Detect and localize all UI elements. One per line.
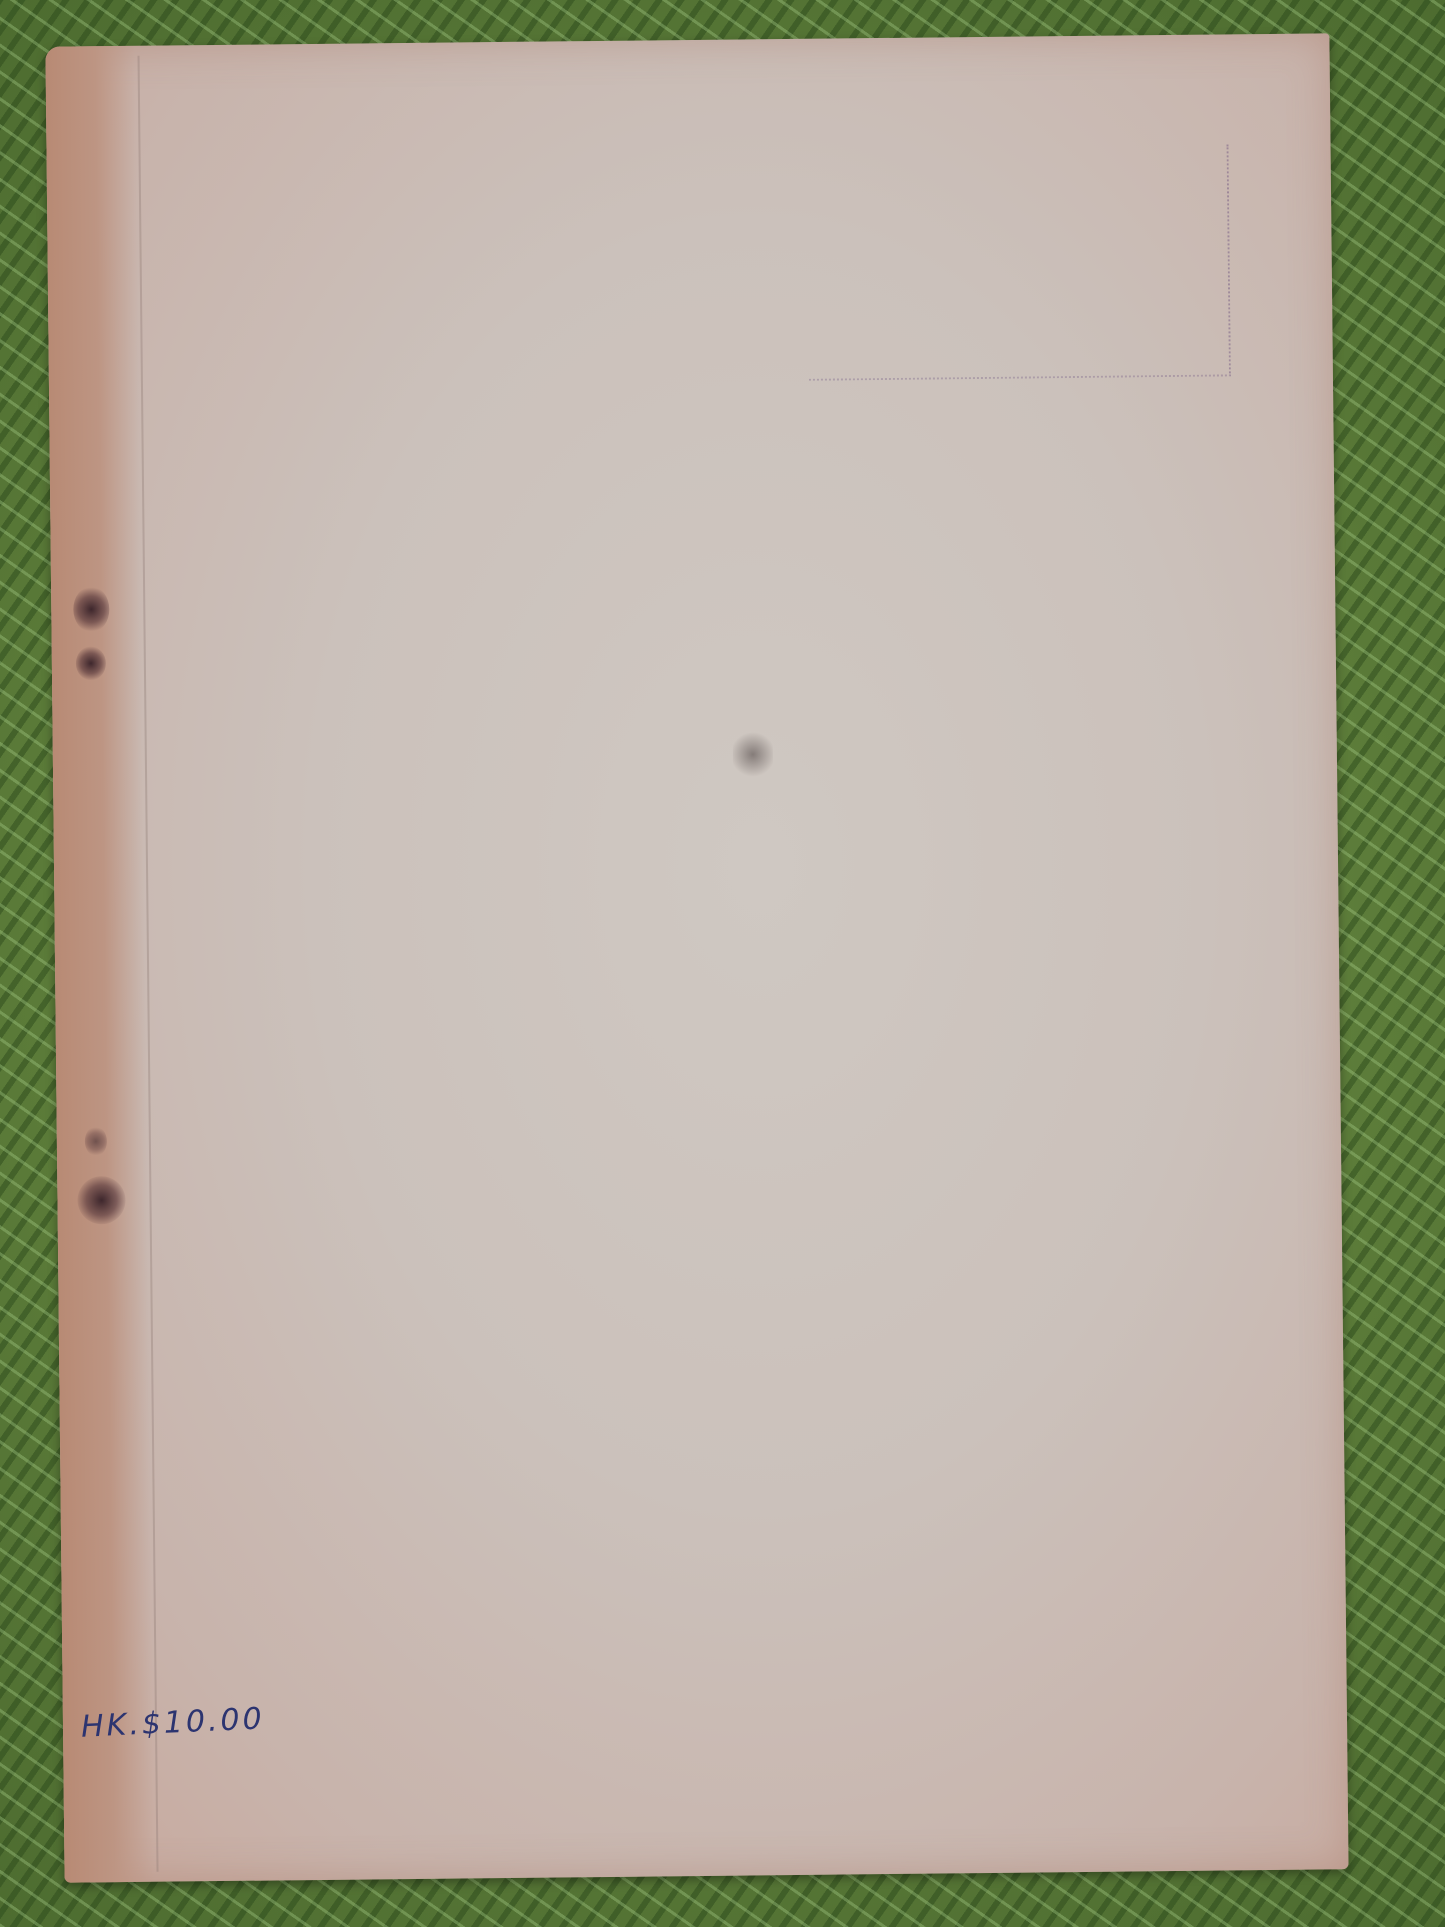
smudge-mark xyxy=(733,729,774,779)
rust-stain xyxy=(77,1176,126,1225)
faded-stamp-outline xyxy=(807,144,1231,380)
rust-stain xyxy=(73,586,109,632)
handwritten-price: HK.$10.00 xyxy=(80,1701,265,1744)
book-spine-edge xyxy=(45,46,154,1883)
book-back-cover: HK.$10.00 xyxy=(45,33,1348,1882)
rust-stain xyxy=(76,646,106,680)
rust-stain xyxy=(85,1126,107,1156)
